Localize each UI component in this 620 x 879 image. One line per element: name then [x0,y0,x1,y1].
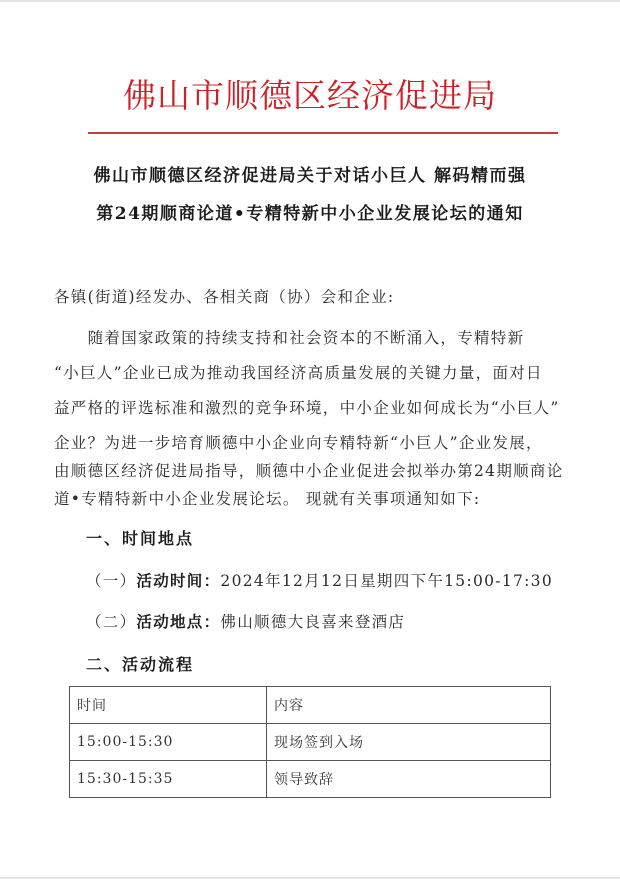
item-label: 活动时间： [136,571,220,590]
item-label: 活动地点： [136,612,220,631]
event-time-item: （一）活动时间：2024年12月12日星期四下午15:00-17:30 [86,570,586,592]
document-title-line-2: 第24期顺商论道•专精特新中小企业发展论坛的通知 [0,202,620,226]
item-prefix: （二） [86,613,136,631]
section-heading-agenda: 二、活动流程 [86,654,586,676]
item-prefix: （一） [86,572,136,590]
paragraph-line: 由顺德区经济促进局指导，顺德中小企业促进会拟举办第24期顺商论 [54,460,554,482]
paragraph-line: 企业？为进一步培育顺德中小企业向专精特新“小巨人”企业发展， [54,432,554,454]
cell-time: 15:00-15:30 [70,724,267,761]
paragraph-line: “小巨人”企业已成为推动我国经济高质量发展的关键力量，面对日 [54,362,554,384]
table-header-row: 时间 内容 [70,687,551,724]
event-location-item: （二）活动地点：佛山顺德大良喜来登酒店 [86,611,586,633]
section-heading-time-location: 一、时间地点 [86,528,586,550]
letterhead-org-name: 佛山市顺德区经济促进局 [0,76,620,116]
event-location-value: 佛山顺德大良喜来登酒店 [220,613,405,631]
paragraph-line: 道•专精特新中小企业发展论坛。 现就有关事项通知如下: [54,488,554,510]
cell-content: 现场签到入场 [267,724,551,761]
paragraph-line: 益严格的评选标准和激烈的竞争环境，中小企业如何成长为“小巨人” [54,397,554,419]
event-time-value: 2024年12月12日星期四下午15:00-17:30 [220,572,553,590]
cell-time: 15:30-15:35 [70,761,267,798]
page-top-edge [0,0,620,2]
paragraph-line: 随着国家政策的持续支持和社会资本的不断涌入，专精特新 [54,327,554,349]
letterhead-red-rule [88,132,558,134]
cell-content: 领导致辞 [267,761,551,798]
header-cell-content: 内容 [267,687,551,724]
salutation: 各镇(街道)经发办、各相关商（协）会和企业: [54,286,554,308]
table-row: 15:30-15:35 领导致辞 [70,761,551,798]
document-title-line-1: 佛山市顺德区经济促进局关于对话小巨人 解码精而强 [0,164,620,188]
header-cell-time: 时间 [70,687,267,724]
agenda-table: 时间 内容 15:00-15:30 现场签到入场 15:30-15:35 领导致… [69,686,551,798]
table-row: 15:00-15:30 现场签到入场 [70,724,551,761]
